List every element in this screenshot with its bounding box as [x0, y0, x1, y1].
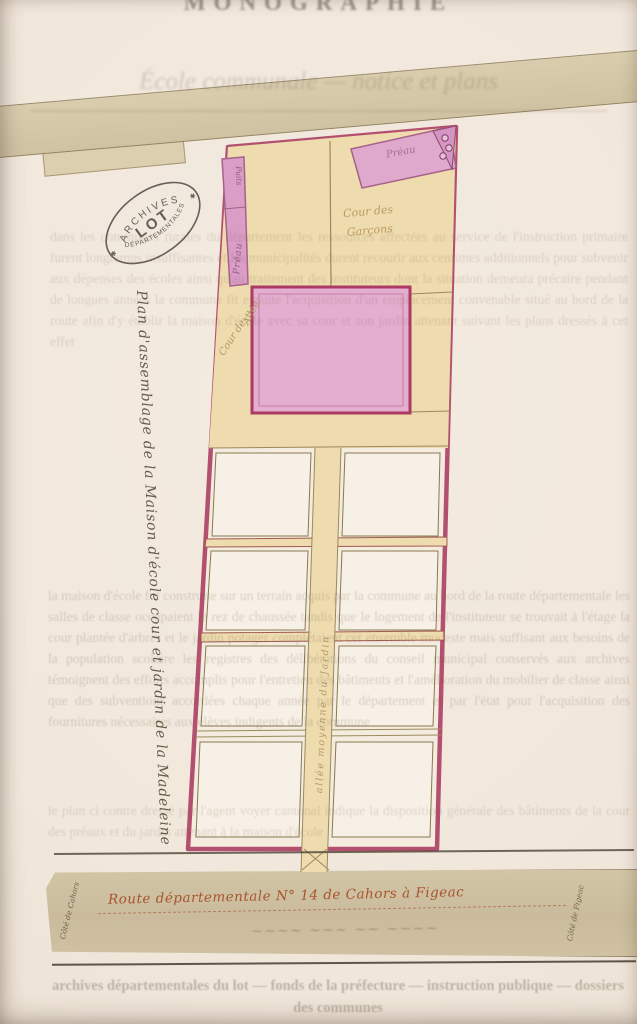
- stamp-star-left: ✱: [109, 249, 119, 259]
- latrine-seat-circle: [446, 145, 452, 151]
- garden-bed: [342, 453, 440, 536]
- garden-bed: [212, 453, 311, 536]
- site-plan-drawing: [0, 0, 637, 1024]
- garden-bed: [339, 551, 438, 630]
- garden-bed: [201, 646, 305, 726]
- scanned-plan-page: ARCHIVES DÉPARTEMENTALES LOT ✱ ✱ Plan d'…: [0, 0, 637, 1024]
- boys-yard-label: Cour des Garçons: [342, 201, 395, 243]
- boys-yard-label-line2: Garçons: [346, 222, 393, 239]
- school-building: [252, 287, 410, 413]
- garden-bed: [206, 551, 308, 630]
- garden-bed: [332, 742, 433, 837]
- latrine-seat-circle: [442, 135, 448, 141]
- well-label: Puits: [234, 166, 244, 185]
- garden-bed: [196, 742, 302, 837]
- garden-bed: [336, 646, 436, 726]
- latrine-seat-circle: [440, 153, 446, 159]
- boys-yard-label-line1: Cour des: [343, 203, 394, 220]
